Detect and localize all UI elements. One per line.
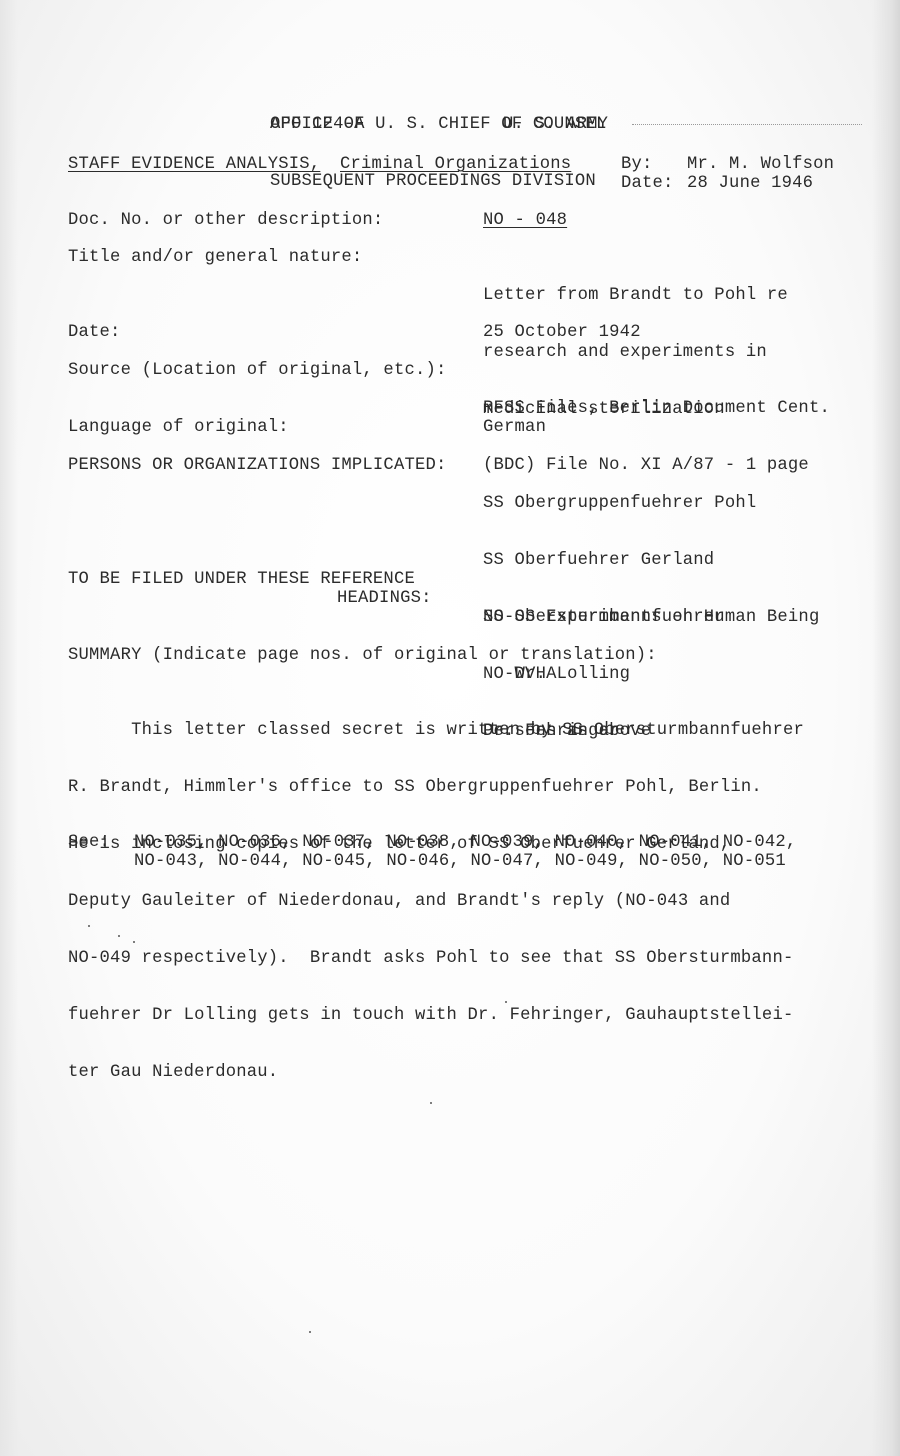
reference-item: NO-WVHA [483, 665, 819, 684]
doc-no-value: NO - 048 [483, 211, 567, 230]
letterhead-division: SUBSEQUENT PROCEEDINGS DIVISION [270, 172, 606, 191]
reference-item: NO-SS Experiments on Human Being [483, 608, 819, 627]
title-line: Letter from Brandt to Pohl re [483, 286, 788, 305]
title-label: Title and/or general nature: [68, 248, 362, 267]
reference-label-headings: HEADINGS: [337, 589, 432, 608]
summary-line: NO-049 respectively). Brandt asks Pohl t… [68, 949, 848, 968]
summary-line: R. Brandt, Himmler's office to SS Obergr… [68, 778, 848, 797]
persons-label: PERSONS OR ORGANIZATIONS IMPLICATED: [68, 456, 447, 475]
analyst-name: Mr. M. Wolfson [687, 155, 834, 174]
letterhead-apo: APO 124-A [270, 115, 365, 134]
source-label: Source (Location of original, etc.): [68, 361, 447, 380]
paper-edge-shadow-left [0, 0, 18, 1456]
summary-line: fuehrer Dr Lolling gets in touch with Dr… [68, 1006, 848, 1025]
summary-line: ter Gau Niederdonau. [68, 1063, 848, 1082]
paper-speck [309, 1331, 311, 1333]
doc-no-label: Doc. No. or other description: [68, 211, 383, 230]
paper-speck [430, 1102, 432, 1104]
paper-edge-shadow-right [872, 0, 900, 1456]
summary-line: Deputy Gauleiter of Niederdonau, and Bra… [68, 892, 848, 911]
paper-speck [118, 935, 120, 937]
see-also-block: See: NO-035, NO-036, NO-037, NO-038, NO-… [68, 833, 89, 890]
date-value: 25 October 1942 [483, 323, 641, 342]
summary-paragraph: This letter classed secret is written by… [68, 683, 848, 1101]
analysis-date-label: Date: [621, 174, 674, 193]
person-item: SS Oberfuehrer Gerland [483, 551, 756, 570]
summary-heading: SUMMARY (Indicate page nos. of original … [68, 646, 657, 665]
title-line: research and experiments in [483, 343, 788, 362]
language-value: German [483, 418, 546, 437]
person-item: SS Obergruppenfuehrer Pohl [483, 494, 756, 513]
analysis-date: 28 June 1946 [687, 174, 813, 193]
reference-label: TO BE FILED UNDER THESE REFERENCE [68, 570, 415, 589]
by-label: By: [621, 155, 653, 174]
analysis-category: Criminal Organizations [340, 155, 571, 174]
paper-speck [133, 941, 135, 943]
paper-speck [505, 1001, 507, 1003]
source-line: RFSS Files, Berlin Document Cent. [483, 399, 830, 418]
language-label: Language of original: [68, 418, 289, 437]
see-references-line: NO-043, NO-044, NO-045, NO-046, NO-047, … [134, 852, 854, 871]
letterhead: OFFICE OF U. S. CHIEF OF COUNSEL SUBSEQU… [270, 77, 606, 210]
summary-line: This letter classed secret is written by… [68, 721, 848, 740]
see-references: NO-035, NO-036, NO-037, NO-038, NO-039, … [134, 833, 854, 871]
letterhead-army: U. S. ARMY [503, 115, 608, 134]
see-references-line: NO-035, NO-036, NO-037, NO-038, NO-039, … [134, 833, 854, 852]
date-label: Date: [68, 323, 121, 342]
dotted-rule [632, 124, 862, 126]
paper-speck [88, 925, 90, 927]
see-label: See: [68, 833, 110, 852]
analysis-title: STAFF EVIDENCE ANALYSIS, [68, 155, 320, 174]
